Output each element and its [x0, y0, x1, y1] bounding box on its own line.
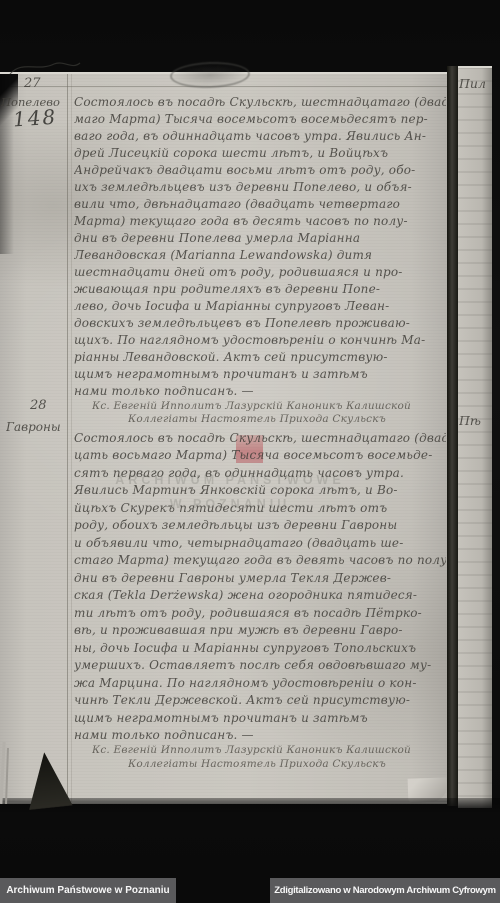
- record2-signature: Коллегіаты Настоятель Прихода Скульскъ: [128, 758, 500, 770]
- record2-number: 28: [30, 398, 47, 413]
- record-line: чинѣ Текли Держевской. Актъ сей присутст…: [74, 693, 446, 707]
- record-line: и объявили что, четырнадцатаго (двадцать…: [74, 536, 446, 550]
- record-line: Состоялось въ посадѣ Скульскѣ, шестнадца…: [74, 431, 446, 445]
- record-line: вили что, двѣнадцатаго (двадцать четверт…: [74, 197, 446, 211]
- record-line: жа Марцина. По наглядномъ удостовѣреніи …: [74, 676, 446, 690]
- record-line: дрей Лисецкій сорока шести лѣтъ, и Войцѣ…: [74, 146, 446, 160]
- record-line: живающая при родителяхъ въ деревни Попе-: [74, 282, 446, 296]
- record-line: стаго Марта) текущаго года въ девять час…: [74, 553, 446, 567]
- record2-signature: Кс. Евгеній Ипполитъ Лазурскій Каноникъ …: [92, 744, 464, 756]
- record-line: йцѣхъ Скурекъ пятидесяти шести лѣтъ отъ: [74, 501, 446, 515]
- record-line: ихъ земледѣльцевъ изъ деревни Попелево, …: [74, 180, 446, 194]
- record-line: цать восьмаго Марта) Тысяча восемьсотъ в…: [74, 448, 446, 462]
- record-line: дни въ деревни Попелева умерла Маріанна: [74, 231, 446, 245]
- record-line: Андрейчакъ двадцати восьми лѣтъ отъ роду…: [74, 163, 446, 177]
- record-line: маго Марта) Тысяча восемьсотъ восемьдеся…: [74, 112, 446, 126]
- facing-page-fragment: Пил: [459, 76, 491, 91]
- record-line: Левандовская (Marianna Lewandowska) дитя: [74, 248, 446, 262]
- record-line: довскихъ земледѣльцевъ въ Попелевѣ прожи…: [74, 316, 446, 330]
- record-line: ваго года, въ одиннадцать часовъ утра. Я…: [74, 129, 446, 143]
- record-line: нами только подписанъ. —: [74, 384, 446, 398]
- record-line: вѣ, и проживавшая при мужѣ въ деревни Га…: [74, 623, 446, 637]
- facing-page-edge: [458, 66, 492, 808]
- record-line: щимъ неграмотнымъ прочитанъ и затѣмъ: [74, 367, 446, 381]
- pen-flourish: [8, 58, 82, 78]
- record-line: умершихъ. Оставляетъ послѣ себя овдовѣвш…: [74, 658, 446, 672]
- record-line: ская (Tekla Derżewska) жена огородника п…: [74, 588, 446, 602]
- record-line: ти лѣтъ отъ роду, родившаяся въ посадѣ П…: [74, 606, 446, 620]
- record-line: ны, дочь Іосифа и Маріанны супруговъ Топ…: [74, 641, 446, 655]
- record-line: роду, обоихъ земледѣльцы изъ деревни Гав…: [74, 518, 446, 532]
- record-line: Явились Мартинъ Янковскій сорока лѣтъ, и…: [74, 483, 446, 497]
- record-line: нами только подписанъ. —: [74, 728, 446, 742]
- record-line: шестнадцати дней отъ роду, родившаяся и …: [74, 265, 446, 279]
- record-line: щихъ. По наглядномъ удостовѣреніи о конч…: [74, 333, 446, 347]
- digitization-credit-label: Zdigitalizowano w Narodowym Archiwum Cyf…: [274, 885, 496, 896]
- record1-place: Попелево: [1, 95, 67, 109]
- book-gutter: [447, 66, 458, 806]
- record2-place: Гавроны: [6, 420, 68, 434]
- record-line: Состоялось въ посадѣ Скульскѣ, шестнадца…: [74, 95, 446, 109]
- record1-signature: Коллегіаты Настоятель Прихода Скульскъ: [128, 413, 500, 425]
- page-bottom-shadow: [0, 798, 500, 812]
- record-line: сятъ перваго года, въ одиннадцать часовъ…: [74, 466, 446, 480]
- margin-rule-line-2: [71, 74, 72, 802]
- margin-rule-line: [67, 74, 68, 802]
- record-line: лево, дочь Іосифа и Маріанны супруговъ Л…: [74, 299, 446, 313]
- record-line: щимъ неграмотнымъ прочитанъ и затѣмъ: [74, 711, 446, 725]
- record1-number: 27: [24, 76, 41, 91]
- archive-name-bar: Archiwum Państwowe w Poznaniu: [0, 878, 176, 903]
- record1-signature: Кс. Евгеній Ипполитъ Лазурскій Каноникъ …: [92, 400, 464, 412]
- facing-page-fragment: Пѣ: [459, 413, 491, 428]
- scan-viewport: 27 148 Попелево Состоялось въ посадѣ Ску…: [0, 0, 500, 903]
- archive-name-label: Archiwum Państwowe w Poznaniu: [6, 885, 169, 896]
- digitization-credit-bar: Zdigitalizowano w Narodowym Archiwum Cyf…: [270, 878, 500, 903]
- ink-bleed-texture: [458, 68, 492, 808]
- record-line: Марта) текущаго года въ десять часовъ по…: [74, 214, 446, 228]
- record-line: ріанны Левандовской. Актъ сей присутству…: [74, 350, 446, 364]
- record-line: дни въ деревни Гавроны умерла Текля Держ…: [74, 571, 446, 585]
